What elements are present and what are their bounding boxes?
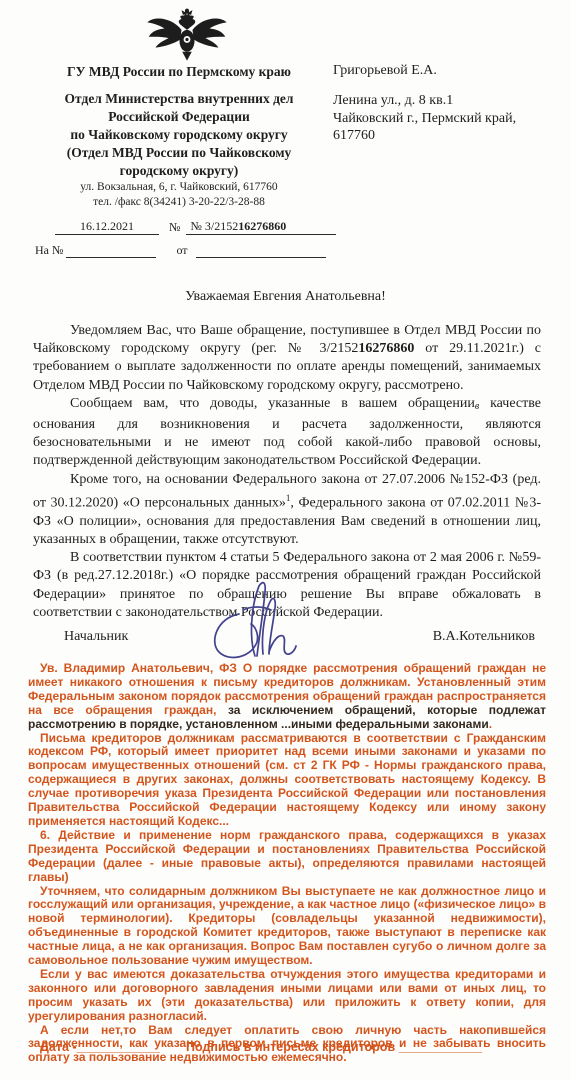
- paragraph: Письма кредиторов должникам рассматриваю…: [28, 732, 546, 829]
- signer-position: Начальник: [64, 629, 128, 645]
- issuing-authority-title: ГУ МВД России по Пермскому краю: [28, 63, 330, 80]
- paragraph: Уточняем, что солидарным должником Вы вы…: [28, 885, 546, 968]
- paragraph: Сообщаем вам, что доводы, указанные в ва…: [33, 395, 541, 471]
- scanned-letter-page: ГУ МВД России по Пермскому краю Отдел Ми…: [0, 0, 571, 1080]
- organization-address: ул. Вокзальная, 6, г. Чайковский, 617760…: [24, 180, 334, 210]
- recipient-address: Ленина ул., д. 8 кв.1 Чайковский г., Пер…: [333, 92, 516, 145]
- text-segment: Письма кредиторов должникам рассматриваю…: [28, 731, 546, 828]
- signer-name: В.А.Котельников: [433, 629, 535, 645]
- creditor-annotation-block: Ув. Владимир Анатольевич, ФЗ О порядке р…: [28, 662, 546, 1065]
- paragraph: Если у вас имеются доказательства отчужд…: [28, 968, 546, 1024]
- number-sign-label: №: [169, 220, 180, 234]
- creditor-signature-blank-line: ____________: [399, 1040, 482, 1054]
- letter-date: 16.12.2021: [55, 219, 159, 235]
- handwritten-signature: [203, 576, 311, 668]
- annotation-footer: Дата -____________Подпись в интересах кр…: [40, 1040, 482, 1054]
- paragraph: Уведомляем Вас, что Ваше обращение, пост…: [33, 322, 541, 395]
- recipient-name: Григорьевой Е.А.: [333, 63, 437, 79]
- incoming-number-blank: [66, 257, 156, 258]
- date-blank-line: ____________: [77, 1040, 160, 1054]
- registration-number: № 3/215216276860: [186, 219, 336, 235]
- registration-number-bold: 16276860: [238, 219, 286, 233]
- salutation: Уважаемая Евгения Анатольевна!: [0, 289, 571, 305]
- date-label: Дата -: [40, 1040, 77, 1054]
- text-segment: Уточняем, что солидарным должником Вы вы…: [28, 884, 546, 968]
- creditor-signature-label: Подпись в интересах кредиторов: [186, 1040, 395, 1054]
- text-segment: Если у вас имеются доказательства отчужд…: [28, 967, 546, 1023]
- text-segment: 6. Действие и применение норм гражданско…: [28, 828, 546, 884]
- outgoing-reference-row: 16.12.2021№№ 3/215216276860: [55, 219, 385, 235]
- text-segment: Сообщаем вам, что доводы, указанные в ва…: [70, 396, 475, 411]
- paragraph: Ув. Владимир Анатольевич, ФЗ О порядке р…: [28, 662, 546, 732]
- incoming-reference-row: На № от: [35, 243, 365, 258]
- text-segment: 16276860: [358, 341, 414, 356]
- paragraph: Кроме того, на основании Федерального за…: [33, 471, 541, 549]
- na-number-label: На №: [35, 243, 63, 257]
- incoming-date-blank: [196, 257, 326, 258]
- ot-label: от: [176, 243, 187, 257]
- mvd-eagle-emblem-icon: [146, 5, 228, 63]
- registration-number-prefix: № 3/2152: [190, 219, 238, 233]
- text-segment: .: [489, 717, 492, 731]
- department-name-block: Отдел Министерства внутренних дел Россий…: [24, 90, 334, 180]
- paragraph: 6. Действие и применение норм гражданско…: [28, 829, 546, 885]
